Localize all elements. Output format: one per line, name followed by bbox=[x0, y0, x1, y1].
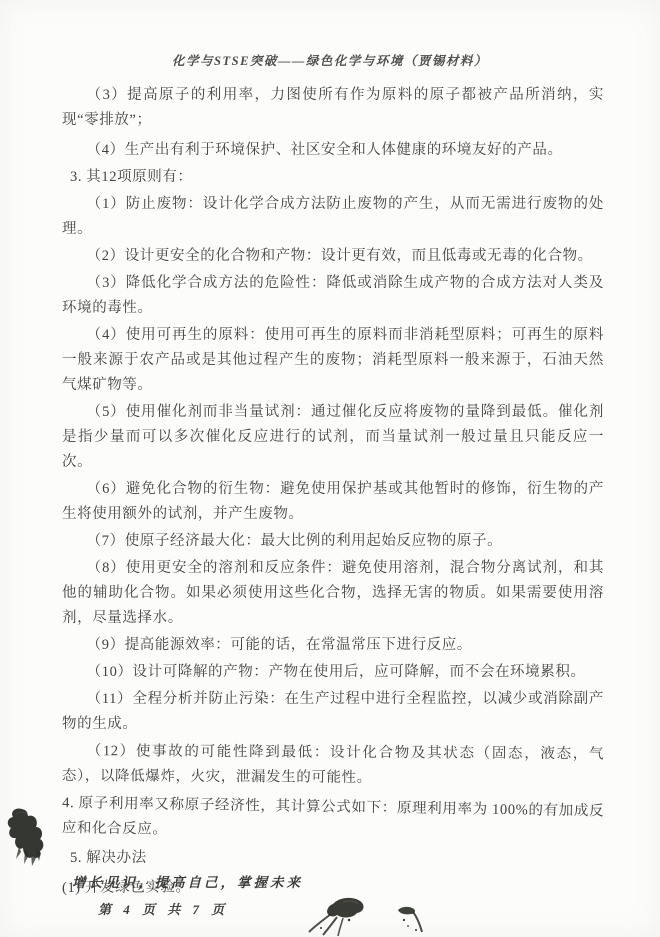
ink-blot-bottom-right-icon bbox=[392, 900, 430, 936]
paragraph: （4）使用可再生的原料：使用可再生的原料而非消耗型原料；可再生的原料一般来源于农… bbox=[62, 323, 604, 398]
paragraph: 4. 原子利用率又称原子经济性，其计算公式如下：原理利用率为 100%的有加成反… bbox=[62, 791, 605, 850]
paragraph: （9）提高能源效率：可能的话，在常温常压下进行反应。 bbox=[62, 633, 604, 658]
ink-blot-left-icon bbox=[6, 806, 52, 868]
paragraph: （7）使原子经济最大化：最大比例的利用起始反应物的原子。 bbox=[62, 529, 604, 554]
paragraph: （2）设计更安全的化合物和产物：设计更有效，而且低毒或无毒的化合物。 bbox=[62, 244, 604, 269]
paragraph: 3. 其12项原则有： bbox=[62, 165, 604, 190]
paragraph: （1）防止废物：设计化学合成方法防止废物的产生，从而无需进行废物的处理。 bbox=[62, 192, 604, 242]
paragraph: （3）提高原子的利用率，力图使所有作为原料的原子都被产品所消纳，实现“零排放”； bbox=[62, 83, 604, 133]
page-header: 化学与STSE突破——绿色化学与环境（贾锡材料） bbox=[0, 51, 660, 69]
scanned-document-page: 化学与STSE突破——绿色化学与环境（贾锡材料） （3）提高原子的利用率，力图使… bbox=[0, 0, 660, 937]
document-body: （3）提高原子的利用率，力图使所有作为原料的原子都被产品所消纳，实现“零排放”；… bbox=[0, 83, 660, 903]
paragraph: （12）使事故的可能性降到最低：设计化合物及其状态（固态，液态，气态），以降低爆… bbox=[62, 739, 604, 792]
paragraph: （10）设计可降解的产物：产物在使用后，应可降解，而不会在环境累积。 bbox=[62, 660, 604, 685]
paragraph: （5）使用催化剂而非当量试剂：通过催化反应将废物的量降到最低。催化剂是指少量而可… bbox=[62, 400, 604, 475]
paragraph: 5. 解决办法 bbox=[62, 846, 604, 871]
paragraph: （11）全程分析并防止污染：在生产过程中进行全程监控，以减少或消除副产物的生成。 bbox=[62, 687, 604, 737]
paragraph: （4）生产出有利于环境保护、社区安全和人体健康的环境友好的产品。 bbox=[62, 138, 604, 163]
paragraph: （8）使用更安全的溶剂和反应条件：避免使用溶剂，混合物分离试剂，和其他的辅助化合… bbox=[62, 556, 604, 631]
footer-page-number: 第 4 页 共 7 页 bbox=[98, 899, 229, 918]
footer-motto: 增长见识，提高自己，掌握未来 bbox=[72, 871, 303, 891]
ink-blot-bottom-center-icon bbox=[303, 894, 369, 937]
paragraph: （6）避免化合物的衍生物：避免使用保护基或其他暂时的修饰，衍生物的产生将使用额外… bbox=[62, 477, 604, 527]
paragraph: （3）降低化学合成方法的危险性：降低或消除生成产物的合成方法对人类及环境的毒性。 bbox=[62, 271, 604, 321]
